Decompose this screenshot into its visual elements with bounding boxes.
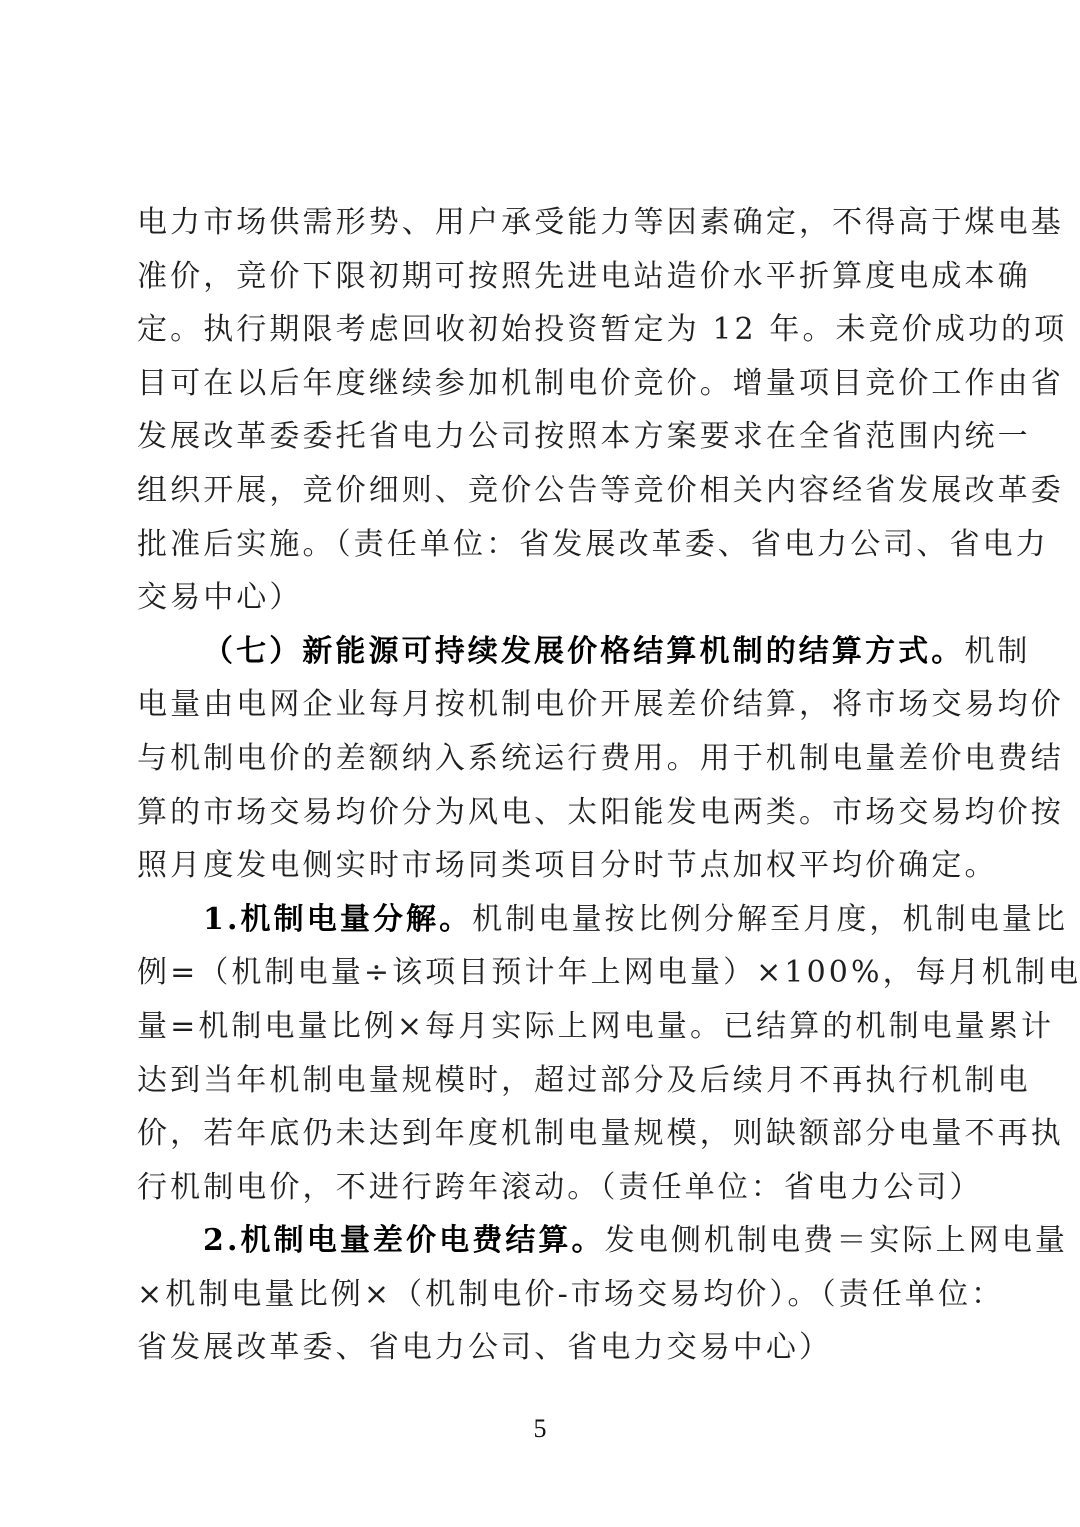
text-line: 准价，竞价下限初期可按照先进电站造价水平折算度电成本确 bbox=[137, 250, 933, 304]
text-line: 与机制电价的差额纳入系统运行费用。用于机制电量差价电费结 bbox=[137, 732, 933, 786]
text-line: 照月度发电侧实时市场同类项目分时节点加权平均价确定。 bbox=[137, 839, 933, 893]
text-line: 交易中心） bbox=[137, 571, 933, 625]
text-line: 价，若年底仍未达到年度机制电量规模，则缺额部分电量不再执 bbox=[137, 1107, 933, 1161]
subsection-heading: 2.机制电量差价电费结算。 bbox=[203, 1223, 605, 1258]
paragraph-bidding-rules: 电力市场供需形势、用户承受能力等因素确定，不得高于煤电基 准价，竞价下限初期可按… bbox=[137, 196, 933, 625]
text-line: 达到当年机制电量规模时，超过部分及后续月不再执行机制电 bbox=[137, 1054, 933, 1108]
text-line: 定。执行期限考虑回收初始投资暂定为 12 年。未竞价成功的项 bbox=[137, 303, 933, 357]
text-line: 量=机制电量比例×每月实际上网电量。已结算的机制电量累计 bbox=[137, 1000, 933, 1054]
text-line: 发展改革委委托省电力公司按照本方案要求在全省范围内统一 bbox=[137, 410, 933, 464]
text-line: 1.机制电量分解。机制电量按比例分解至月度，机制电量比 bbox=[137, 893, 933, 947]
paragraph-price-difference-settlement: 2.机制电量差价电费结算。发电侧机制电费＝实际上网电量 ×机制电量比例×（机制电… bbox=[137, 1214, 933, 1375]
text-run: 发电侧机制电费＝实际上网电量 bbox=[605, 1223, 1068, 1258]
section-heading: （七）新能源可持续发展价格结算机制的结算方式。 bbox=[203, 634, 964, 669]
text-line: ×机制电量比例×（机制电价-市场交易均价）。（责任单位： bbox=[137, 1268, 933, 1322]
text-line: （七）新能源可持续发展价格结算机制的结算方式。机制 bbox=[137, 625, 933, 679]
page-number: 5 bbox=[0, 1414, 1080, 1444]
document-page: 电力市场供需形势、用户承受能力等因素确定，不得高于煤电基 准价，竞价下限初期可按… bbox=[137, 196, 933, 1375]
text-line: 省发展改革委、省电力公司、省电力交易中心） bbox=[137, 1321, 933, 1375]
text-line: 算的市场交易均价分为风电、太阳能发电两类。市场交易均价按 bbox=[137, 786, 933, 840]
paragraph-volume-decomposition: 1.机制电量分解。机制电量按比例分解至月度，机制电量比 例=（机制电量÷该项目预… bbox=[137, 893, 933, 1215]
paragraph-settlement-method: （七）新能源可持续发展价格结算机制的结算方式。机制 电量由电网企业每月按机制电价… bbox=[137, 625, 933, 893]
text-line: 电力市场供需形势、用户承受能力等因素确定，不得高于煤电基 bbox=[137, 196, 933, 250]
text-line: 电量由电网企业每月按机制电价开展差价结算，将市场交易均价 bbox=[137, 678, 933, 732]
text-line: 2.机制电量差价电费结算。发电侧机制电费＝实际上网电量 bbox=[137, 1214, 933, 1268]
text-line: 例=（机制电量÷该项目预计年上网电量）×100%，每月机制电 bbox=[137, 946, 933, 1000]
text-line: 行机制电价，不进行跨年滚动。（责任单位：省电力公司） bbox=[137, 1161, 933, 1215]
text-line: 组织开展，竞价细则、竞价公告等竞价相关内容经省发展改革委 bbox=[137, 464, 933, 518]
text-run: 机制 bbox=[964, 634, 1030, 669]
text-line: 目可在以后年度继续参加机制电价竞价。增量项目竞价工作由省 bbox=[137, 357, 933, 411]
text-run: 机制电量按比例分解至月度，机制电量比 bbox=[472, 902, 1068, 937]
text-line: 批准后实施。（责任单位：省发展改革委、省电力公司、省电力 bbox=[137, 518, 933, 572]
subsection-heading: 1.机制电量分解。 bbox=[203, 902, 472, 937]
